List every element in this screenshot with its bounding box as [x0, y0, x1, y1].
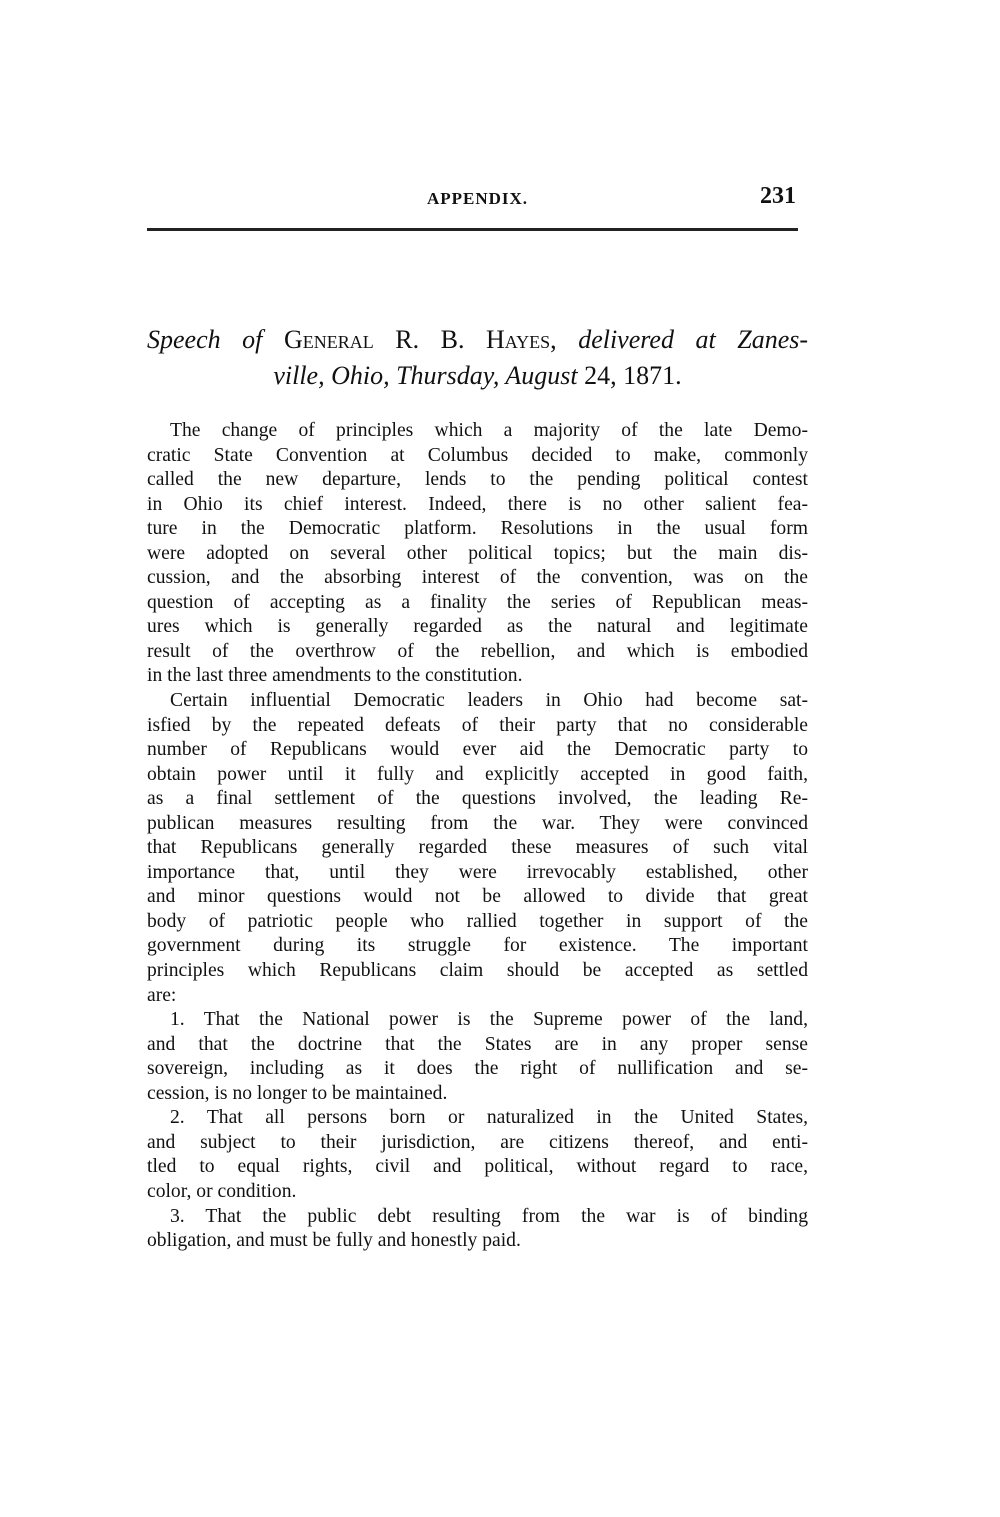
title-line-2: ville, Ohio, Thursday, August 24, 1871. [147, 358, 808, 394]
text-line: cession, is no longer to be maintained. [147, 1082, 808, 1107]
title-place-date: ville, Ohio, Thursday, August [273, 361, 577, 390]
text-line: were adopted on several other political … [147, 542, 808, 567]
text-line: ture in the Democratic platform. Resolut… [147, 517, 808, 542]
text-line: and that the doctrine that the States ar… [147, 1033, 808, 1058]
text-line: in the last three amendments to the cons… [147, 664, 808, 689]
text-line: and subject to their jurisdiction, are c… [147, 1131, 808, 1156]
text-line: as a final settlement of the questions i… [147, 787, 808, 812]
title-speech-of: Speech of [147, 325, 262, 354]
text-line: question of accepting as a finality the … [147, 591, 808, 616]
text-line: publican measures resulting from the war… [147, 812, 808, 837]
text-line: isfied by the repeated defeats of their … [147, 714, 808, 739]
title-line-1: Speech of General R. B. Hayes, delivered… [147, 322, 808, 358]
text-line: importance that, until they were irrevoc… [147, 861, 808, 886]
header-rule [147, 228, 798, 231]
text-line: ures which is generally regarded as the … [147, 615, 808, 640]
text-line: 1. That the National power is the Suprem… [170, 1008, 808, 1033]
paragraph-1: The change of principles which a majorit… [170, 419, 808, 689]
text-line: obligation, and must be fully and honest… [147, 1229, 808, 1254]
text-line: in Ohio its chief interest. Indeed, ther… [147, 493, 808, 518]
text-line: that Republicans generally regarded thes… [147, 836, 808, 861]
title-speaker-name: General R. B. Hayes, [284, 325, 557, 354]
text-line: Certain influential Democratic leaders i… [170, 689, 808, 714]
principle-3: 3. That the public debt resulting from t… [170, 1205, 808, 1254]
paragraph-2: Certain influential Democratic leaders i… [170, 689, 808, 1008]
speech-title: Speech of General R. B. Hayes, delivered… [147, 322, 808, 394]
text-line: 2. That all persons born or naturalized … [170, 1106, 808, 1131]
principle-1: 1. That the National power is the Suprem… [170, 1008, 808, 1106]
principle-2: 2. That all persons born or naturalized … [170, 1106, 808, 1204]
title-year: 24, 1871. [584, 361, 682, 390]
text-line: principles which Republicans claim shoul… [147, 959, 808, 984]
text-line: obtain power until it fully and explicit… [147, 763, 808, 788]
text-line: cratic State Convention at Columbus deci… [147, 444, 808, 469]
text-line: number of Republicans would ever aid the… [147, 738, 808, 763]
text-line: color, or condition. [147, 1180, 808, 1205]
text-line: body of patriotic people who rallied tog… [147, 910, 808, 935]
text-line: The change of principles which a majorit… [170, 419, 808, 444]
text-line: tled to equal rights, civil and politica… [147, 1155, 808, 1180]
text-line: called the new departure, lends to the p… [147, 468, 808, 493]
text-line: government during its struggle for exist… [147, 934, 808, 959]
title-delivered-at: delivered at Zanes- [578, 325, 808, 354]
text-line: are: [147, 984, 808, 1009]
text-line: cussion, and the absorbing interest of t… [147, 566, 808, 591]
text-line: and minor questions would not be allowed… [147, 885, 808, 910]
page-header: APPENDIX. 231 [147, 183, 808, 215]
text-line: 3. That the public debt resulting from t… [170, 1205, 808, 1230]
speech-body: The change of principles which a majorit… [170, 419, 808, 1254]
text-line: result of the overthrow of the rebellion… [147, 640, 808, 665]
text-line: sovereign, including as it does the righ… [147, 1057, 808, 1082]
page-number: 231 [760, 183, 796, 210]
book-page: APPENDIX. 231 Speech of General R. B. Ha… [0, 0, 1000, 1517]
running-head: APPENDIX. [147, 189, 808, 209]
